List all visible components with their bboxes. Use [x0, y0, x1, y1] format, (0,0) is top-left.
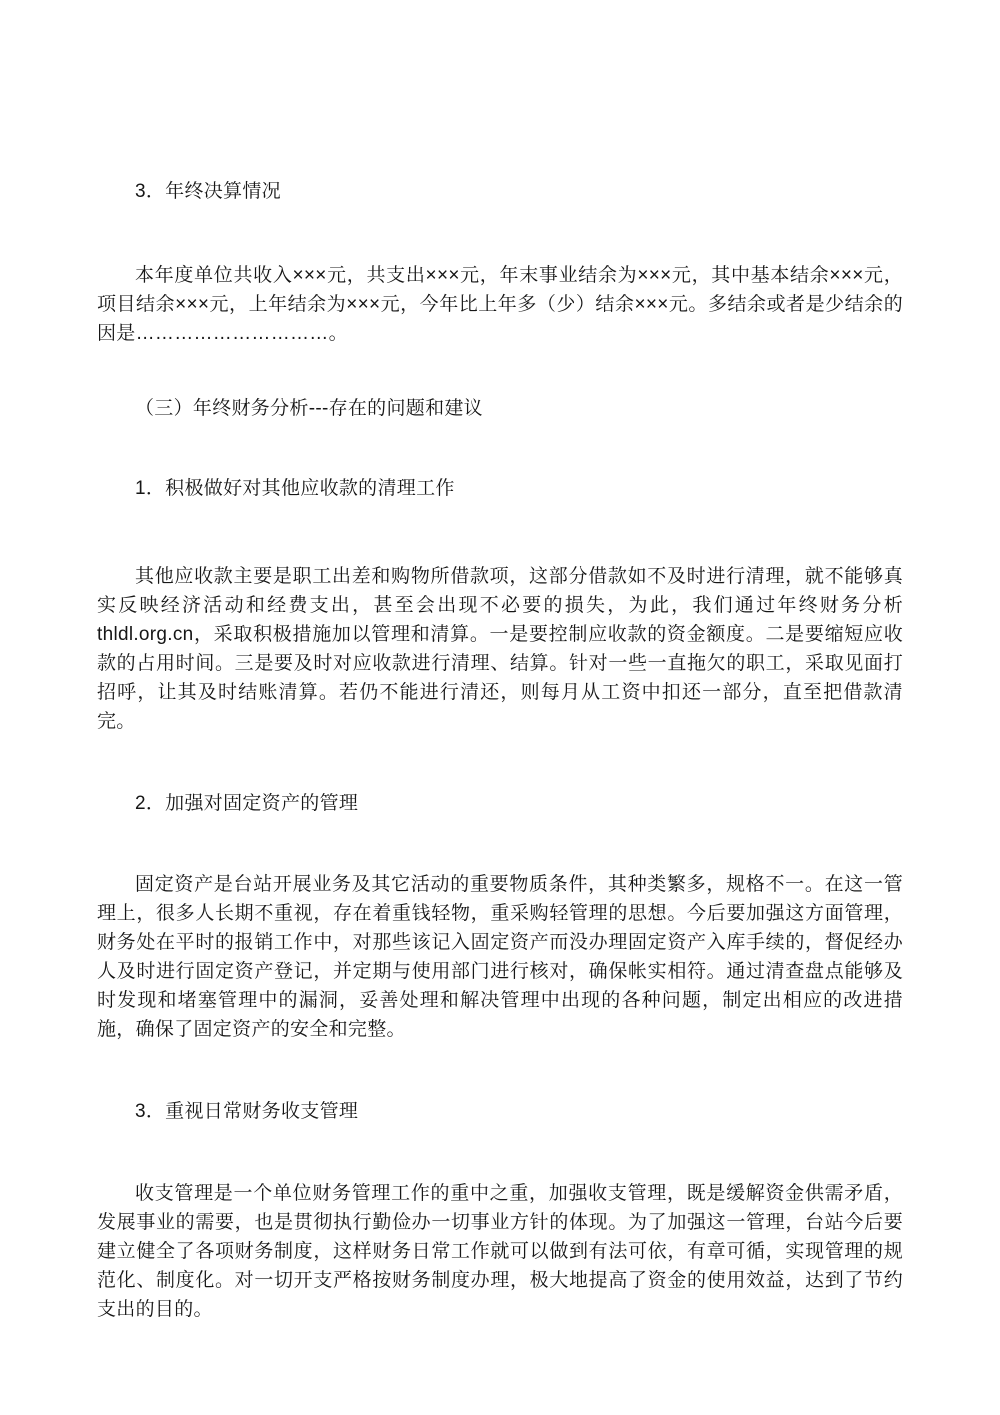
document-page: 3．年终决算情况 本年度单位共收入×××元，共支出×××元，年末事业结余为×××…	[0, 0, 1000, 1415]
section-heading-financial-analysis-problems-suggestions: （三）年终财务分析---存在的问题和建议	[97, 394, 903, 423]
paragraph-revenue-expenditure-management: 收支管理是一个单位财务管理工作的重中之重，加强收支管理，既是缓解资金供需矛盾，发…	[97, 1179, 903, 1324]
section-heading-year-end-settlement: 3．年终决算情况	[97, 177, 903, 206]
paragraph-settlement-summary: 本年度单位共收入×××元，共支出×××元，年末事业结余为×××元，其中基本结余×…	[97, 261, 903, 348]
subheading-receivables-cleanup: 1．积极做好对其他应收款的清理工作	[97, 474, 903, 503]
subheading-fixed-assets-management: 2．加强对固定资产的管理	[97, 789, 903, 818]
paragraph-receivables-cleanup: 其他应收款主要是职工出差和购物所借款项，这部分借款如不及时进行清理，就不能够真实…	[97, 562, 903, 736]
subheading-daily-revenue-expenditure-management: 3．重视日常财务收支管理	[97, 1097, 903, 1126]
paragraph-fixed-assets-management: 固定资产是台站开展业务及其它活动的重要物质条件，其种类繁多，规格不一。在这一管理…	[97, 870, 903, 1044]
document-content: 3．年终决算情况 本年度单位共收入×××元，共支出×××元，年末事业结余为×××…	[97, 0, 903, 1324]
